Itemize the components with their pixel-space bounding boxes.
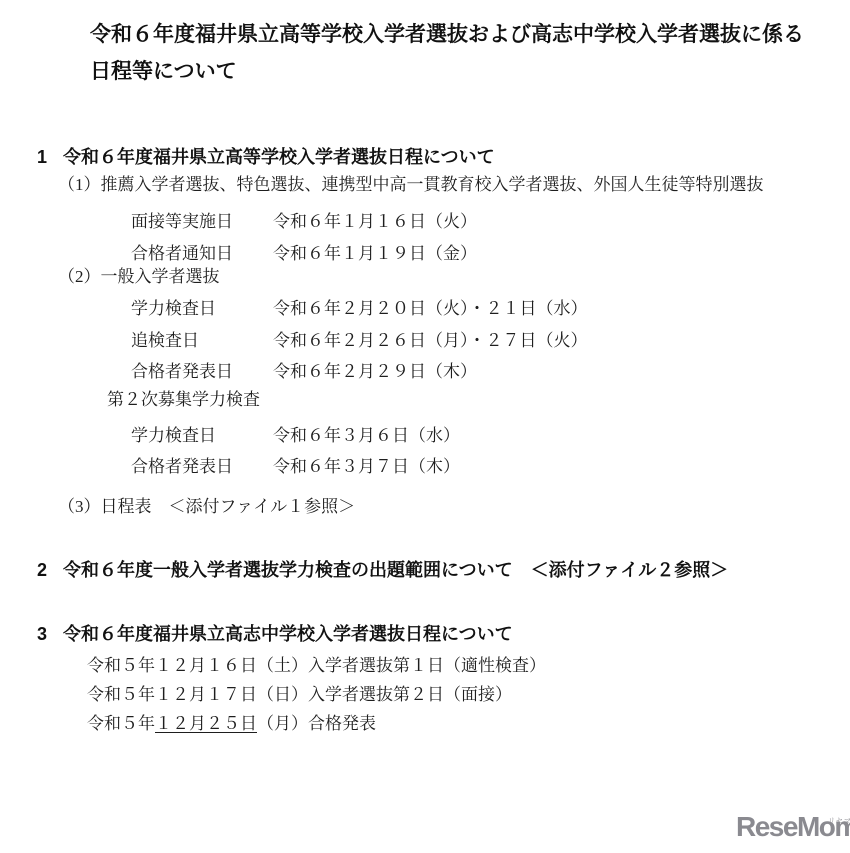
row-text: 令和５年 — [87, 714, 155, 733]
document-page: 令和６年度福井県立高等学校入学者選抜および高志中学校入学者選抜に係る 日程等につ… — [0, 0, 850, 853]
schedule-row-announce-2nd: 合格者発表日 令和６年３月７日（木） — [0, 452, 850, 474]
row-value: 令和６年３月７日（木） — [273, 452, 460, 477]
row-label: 学力検査日 — [131, 421, 216, 446]
second-recruitment-heading: 第２次募集学力検査 — [107, 389, 260, 410]
row-underlined-text: １２月２５日 — [155, 714, 257, 733]
schedule-row-notify: 合格者通知日 令和６年１月１９日（金） — [0, 239, 850, 261]
title-line-2: 日程等について — [90, 53, 804, 90]
row-value: 令和６年１月１９日（金） — [273, 239, 477, 264]
row-label: 学力検査日 — [131, 294, 216, 319]
item-1-text: 推薦入学者選抜、特色選抜、連携型中高一貫教育校入学者選抜、外国人生徒等特別選抜 — [101, 175, 764, 194]
schedule-row-makeup-exam: 追検査日 令和６年２月２６日（月）・２７日（火） — [0, 326, 850, 348]
row-value: 令和６年３月６日（水） — [273, 421, 460, 446]
title-line-1: 令和６年度福井県立高等学校入学者選抜および高志中学校入学者選抜に係る — [90, 16, 804, 53]
row-value: 令和６年２月２０日（火）・２１日（水） — [273, 294, 588, 319]
row-label: 合格者通知日 — [131, 239, 233, 264]
section-1-heading-text: 令和６年度福井県立高等学校入学者選抜日程について — [63, 147, 495, 167]
row-text: 令和５年１２月１７日（日）入学者選抜第２日（面接） — [87, 685, 512, 704]
row-label: 合格者発表日 — [131, 357, 233, 382]
section-2-heading-text: 令和６年度一般入学者選抜学力検査の出題範囲について ＜添付ファイル２参照＞ — [63, 560, 728, 580]
schedule-row-interview: 面接等実施日 令和６年１月１６日（火） — [0, 207, 850, 229]
resemom-logo-ruby: リセマム — [828, 807, 850, 837]
section-3-number: 3 — [37, 623, 63, 645]
chushi-schedule-row-1: 令和５年１２月１６日（土）入学者選抜第１日（適性検査） — [87, 655, 546, 676]
row-value: 令和６年１月１６日（火） — [273, 207, 477, 232]
section-1-item-3: （3）日程表 ＜添付ファイル１参照＞ — [58, 496, 355, 517]
row-text: 令和５年１２月１６日（土）入学者選抜第１日（適性検査） — [87, 656, 546, 675]
resemom-logo: リセマム ReseMom. — [736, 812, 850, 842]
row-value: 令和６年２月２９日（木） — [273, 357, 477, 382]
section-1-number: 1 — [37, 146, 63, 168]
item-2-text: 一般入学者選抜 — [101, 267, 220, 286]
row-label: 面接等実施日 — [131, 207, 233, 232]
item-2-number: （2） — [58, 267, 101, 286]
section-1-item-2: （2）一般入学者選抜 — [58, 266, 220, 287]
section-3-heading-text: 令和６年度福井県立高志中学校入学者選抜日程について — [63, 624, 513, 644]
item-3-number: （3） — [58, 497, 101, 516]
row-label: 追検査日 — [131, 326, 199, 351]
chushi-schedule-row-3: 令和５年１２月２５日（月）合格発表 — [87, 713, 376, 734]
section-1-heading: 1令和６年度福井県立高等学校入学者選抜日程について — [37, 146, 495, 168]
section-3-heading: 3令和６年度福井県立高志中学校入学者選抜日程について — [37, 623, 513, 645]
section-2-heading: 2令和６年度一般入学者選抜学力検査の出題範囲について ＜添付ファイル２参照＞ — [37, 559, 728, 581]
schedule-row-exam-2nd: 学力検査日 令和６年３月６日（水） — [0, 421, 850, 443]
row-label: 合格者発表日 — [131, 452, 233, 477]
item-1-number: （1） — [58, 175, 101, 194]
chushi-schedule-row-2: 令和５年１２月１７日（日）入学者選抜第２日（面接） — [87, 684, 512, 705]
row-text-post: （月）合格発表 — [257, 714, 376, 733]
section-2-number: 2 — [37, 559, 63, 581]
page-title: 令和６年度福井県立高等学校入学者選抜および高志中学校入学者選抜に係る 日程等につ… — [90, 16, 804, 90]
item-3-text: 日程表 ＜添付ファイル１参照＞ — [101, 497, 356, 516]
schedule-row-exam: 学力検査日 令和６年２月２０日（火）・２１日（水） — [0, 294, 850, 316]
section-1-item-1: （1）推薦入学者選抜、特色選抜、連携型中高一貫教育校入学者選抜、外国人生徒等特別… — [58, 174, 764, 195]
row-value: 令和６年２月２６日（月）・２７日（火） — [273, 326, 588, 351]
schedule-row-announce: 合格者発表日 令和６年２月２９日（木） — [0, 357, 850, 379]
